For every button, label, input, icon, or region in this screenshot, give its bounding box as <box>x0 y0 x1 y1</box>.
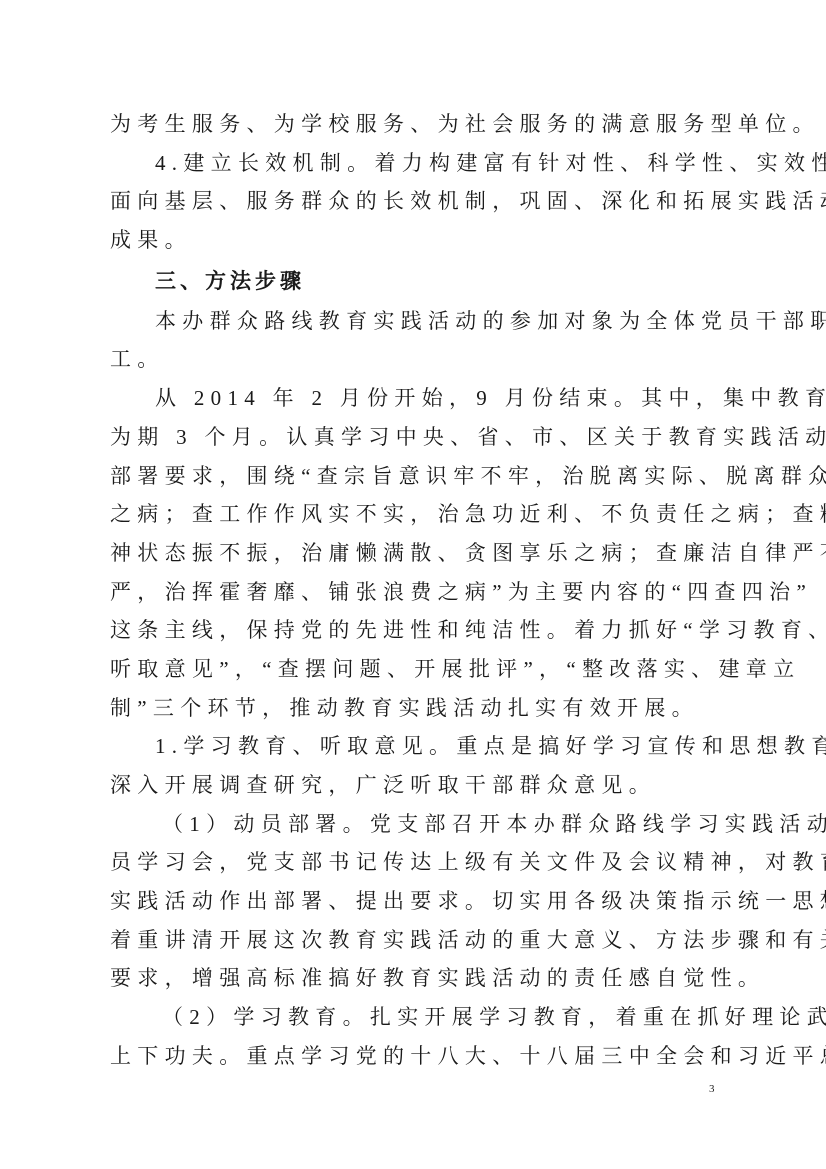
text-line: 1.学习教育、听取意见。重点是搞好学习宣传和思想教育， <box>110 727 720 766</box>
text-line: 员学习会，党支部书记传达上级有关文件及会议精神，对教育 <box>110 843 720 882</box>
text-line: 严，治挥霍奢靡、铺张浪费之病”为主要内容的“四查四治” <box>110 573 720 612</box>
text-line: 着重讲清开展这次教育实践活动的重大意义、方法步骤和有关 <box>110 921 720 960</box>
text-line: 为期 3 个月。认真学习中央、省、市、区关于教育实践活动的 <box>110 418 720 457</box>
document-page: 为考生服务、为学校服务、为社会服务的满意服务型单位。 4.建立长效机制。着力构建… <box>0 0 826 1169</box>
text-line: 部署要求，围绕“查宗旨意识牢不牢，治脱离实际、脱离群众 <box>110 457 720 496</box>
text-line: （2）学习教育。扎实开展学习教育，着重在抓好理论武装 <box>110 998 720 1037</box>
text-line: 听取意见”，“查摆问题、开展批评”，“整改落实、建章立 <box>110 650 720 689</box>
text-line: （1）动员部署。党支部召开本办群众路线学习实践活动动 <box>110 805 720 844</box>
text-line: 之病；查工作作风实不实，治急功近利、不负责任之病；查精 <box>110 495 720 534</box>
section-heading: 三、方法步骤 <box>110 260 720 302</box>
text-line: 要求，增强高标准搞好教育实践活动的责任感自觉性。 <box>110 959 720 998</box>
text-line: 上下功夫。重点学习党的十八大、十八届三中全会和习近平总 <box>110 1037 720 1076</box>
text-line: 制”三个环节，推动教育实践活动扎实有效开展。 <box>110 689 720 728</box>
text-line: 本办群众路线教育实践活动的参加对象为全体党员干部职 <box>110 302 720 341</box>
text-line: 面向基层、服务群众的长效机制，巩固、深化和拓展实践活动 <box>110 182 720 221</box>
text-line: 这条主线，保持党的先进性和纯洁性。着力抓好“学习教育、 <box>110 611 720 650</box>
text-line: 从 2014 年 2 月份开始，9 月份结束。其中，集中教育时间 <box>110 379 720 418</box>
text-line: 成果。 <box>110 221 720 260</box>
text-line: 4.建立长效机制。着力构建富有针对性、科学性、实效性、 <box>110 144 720 183</box>
text-line: 为考生服务、为学校服务、为社会服务的满意服务型单位。 <box>110 105 720 144</box>
text-line: 工。 <box>110 340 720 379</box>
text-line: 深入开展调查研究，广泛听取干部群众意见。 <box>110 766 720 805</box>
document-body: 为考生服务、为学校服务、为社会服务的满意服务型单位。 4.建立长效机制。着力构建… <box>110 105 720 1076</box>
text-line: 实践活动作出部署、提出要求。切实用各级决策指示统一思想， <box>110 882 720 921</box>
page-number: 3 <box>709 1083 715 1095</box>
text-line: 神状态振不振，治庸懒满散、贪图享乐之病；查廉洁自律严不 <box>110 534 720 573</box>
